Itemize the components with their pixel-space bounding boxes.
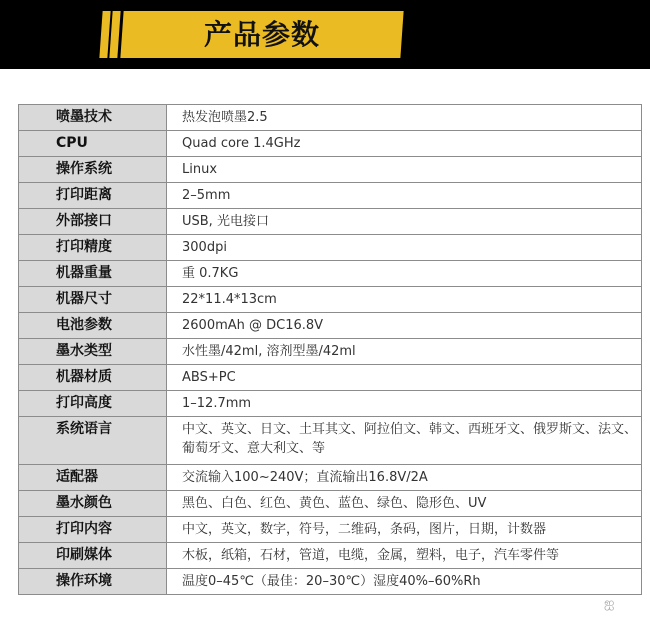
spec-label: 操作环境: [19, 569, 167, 595]
header-banner: 产品参数: [0, 0, 650, 69]
spec-label: 打印精度: [19, 235, 167, 261]
table-row: 操作环境温度0–45℃（最佳：20–30℃）湿度40%–60%Rh: [19, 569, 642, 595]
wechat-icon: ஐ: [604, 596, 614, 612]
table-row: 适配器交流输入100~240V；直流输出16.8V/2A: [19, 465, 642, 491]
spec-value: 2–5mm: [167, 183, 642, 209]
table-row: 操作系统Linux: [19, 157, 642, 183]
spec-label: CPU: [19, 131, 167, 157]
table-row: 打印高度1–12.7mm: [19, 391, 642, 417]
spec-label: 打印高度: [19, 391, 167, 417]
spec-value: 中文，英文，数字，符号，二维码，条码，图片，日期，计数器: [167, 517, 642, 543]
spec-label: 喷墨技术: [19, 105, 167, 131]
table-row: 打印内容中文，英文，数字，符号，二维码，条码，图片，日期，计数器: [19, 517, 642, 543]
spec-label: 机器重量: [19, 261, 167, 287]
spec-label: 外部接口: [19, 209, 167, 235]
spec-value: Linux: [167, 157, 642, 183]
spec-label: 打印距离: [19, 183, 167, 209]
page-title: 产品参数: [122, 11, 402, 58]
table-row: 电池参数2600mAh @ DC16.8V: [19, 313, 642, 339]
spec-label: 适配器: [19, 465, 167, 491]
spec-value: 木板，纸箱，石材，管道，电缆，金属，塑料，电子，汽车零件等: [167, 543, 642, 569]
spec-value: 重 0.7KG: [167, 261, 642, 287]
spec-value: Quad core 1.4GHz: [167, 131, 642, 157]
spec-label: 印刷媒体: [19, 543, 167, 569]
table-row: 印刷媒体木板，纸箱，石材，管道，电缆，金属，塑料，电子，汽车零件等: [19, 543, 642, 569]
spec-value: 22*11.4*13cm: [167, 287, 642, 313]
table-row: 机器尺寸22*11.4*13cm: [19, 287, 642, 313]
spec-label: 电池参数: [19, 313, 167, 339]
table-row: 机器重量重 0.7KG: [19, 261, 642, 287]
spec-value: 热发泡喷墨2.5: [167, 105, 642, 131]
spec-value: 温度0–45℃（最佳：20–30℃）湿度40%–60%Rh: [167, 569, 642, 595]
spec-value: 1–12.7mm: [167, 391, 642, 417]
table-row: 喷墨技术热发泡喷墨2.5: [19, 105, 642, 131]
table-row: 打印距离2–5mm: [19, 183, 642, 209]
table-row: 墨水类型水性墨/42ml, 溶剂型墨/42ml: [19, 339, 642, 365]
spec-value: 中文、英文、日文、土耳其文、阿拉伯文、韩文、西班牙文、俄罗斯文、法文、葡萄牙文、…: [167, 417, 642, 465]
table-row: CPUQuad core 1.4GHz: [19, 131, 642, 157]
spec-label: 操作系统: [19, 157, 167, 183]
table-row: 系统语言中文、英文、日文、土耳其文、阿拉伯文、韩文、西班牙文、俄罗斯文、法文、葡…: [19, 417, 642, 465]
spec-value: USB, 光电接口: [167, 209, 642, 235]
table-row: 机器材质ABS+PC: [19, 365, 642, 391]
spec-value: 300dpi: [167, 235, 642, 261]
spec-label: 机器尺寸: [19, 287, 167, 313]
table-row: 打印精度300dpi: [19, 235, 642, 261]
spec-value: 水性墨/42ml, 溶剂型墨/42ml: [167, 339, 642, 365]
spec-value: 2600mAh @ DC16.8V: [167, 313, 642, 339]
spec-value: 黑色、白色、红色、黄色、蓝色、绿色、隐形色、UV: [167, 491, 642, 517]
table-row: 墨水颜色黑色、白色、红色、黄色、蓝色、绿色、隐形色、UV: [19, 491, 642, 517]
spec-label: 墨水类型: [19, 339, 167, 365]
spec-value: ABS+PC: [167, 365, 642, 391]
spec-label: 墨水颜色: [19, 491, 167, 517]
spec-table: 喷墨技术热发泡喷墨2.5CPUQuad core 1.4GHz操作系统Linux…: [18, 104, 642, 595]
spec-label: 打印内容: [19, 517, 167, 543]
table-row: 外部接口USB, 光电接口: [19, 209, 642, 235]
spec-label: 机器材质: [19, 365, 167, 391]
accent-stripe: [109, 11, 120, 58]
spec-label: 系统语言: [19, 417, 167, 465]
spec-value: 交流输入100~240V；直流输出16.8V/2A: [167, 465, 642, 491]
